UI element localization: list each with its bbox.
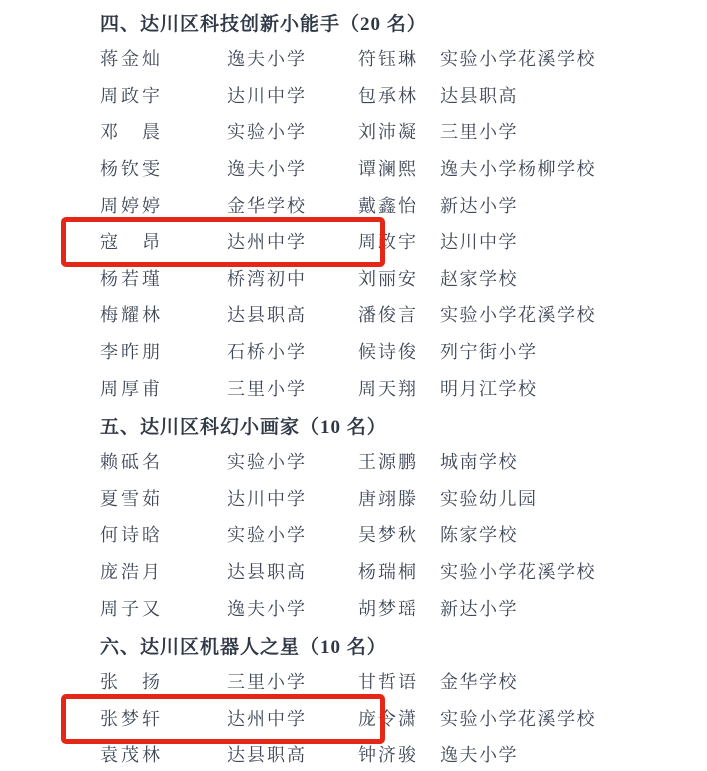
name-cell: 杨瑞桐 <box>358 563 440 581</box>
school-cell: 三里小学 <box>227 380 358 398</box>
school-cell: 实验幼儿园 <box>440 490 707 508</box>
name-cell: 赖砥名 <box>100 453 227 471</box>
name-cell: 李昨朋 <box>100 343 227 361</box>
table-row: 周厚甫三里小学周天翔明月江学校 <box>0 370 707 407</box>
name-cell: 周厚甫 <box>100 380 227 398</box>
school-cell: 达县职高 <box>227 306 358 324</box>
name-cell: 符钰琳 <box>358 50 440 68</box>
school-cell: 达州中学 <box>227 233 358 251</box>
name-cell: 王源鹏 <box>358 453 440 471</box>
school-cell: 桥湾初中 <box>227 270 358 288</box>
name-cell: 庞令潇 <box>358 710 440 728</box>
table-row: 杨若瑾桥湾初中刘丽安赵家学校 <box>0 261 707 298</box>
table-row: 庞浩月达县职高杨瑞桐实验小学花溪学校 <box>0 554 707 591</box>
school-cell: 达州中学 <box>227 710 358 728</box>
school-cell: 逸夫小学 <box>440 746 707 764</box>
school-cell: 实验小学 <box>227 123 358 141</box>
document-page: 四、达川区科技创新小能手（20 名）蒋金灿逸夫小学符钰琳实验小学花溪学校周政宇达… <box>0 0 707 771</box>
school-cell: 金华学校 <box>227 197 358 215</box>
school-cell: 石桥小学 <box>227 343 358 361</box>
table-row: 袁茂林达县职高钟济骏逸夫小学 <box>0 737 707 771</box>
name-cell: 夏雪茹 <box>100 490 227 508</box>
school-cell: 逸夫小学 <box>227 600 358 618</box>
school-cell: 达川中学 <box>227 490 358 508</box>
name-cell: 周政宇 <box>358 233 440 251</box>
school-cell: 逸夫小学杨柳学校 <box>440 160 707 178</box>
school-cell: 达县职高 <box>440 87 707 105</box>
name-cell: 寇 昂 <box>100 233 227 251</box>
name-cell: 袁茂林 <box>100 746 227 764</box>
name-cell: 胡梦瑶 <box>358 600 440 618</box>
name-cell: 张梦轩 <box>100 710 227 728</box>
name-cell: 包承林 <box>358 87 440 105</box>
name-cell: 潘俊言 <box>358 306 440 324</box>
school-cell: 实验小学花溪学校 <box>440 50 707 68</box>
school-cell: 达县职高 <box>227 746 358 764</box>
name-cell: 甘哲语 <box>358 673 440 691</box>
name-cell: 谭澜熙 <box>358 160 440 178</box>
table-row: 周政宇达川中学包承林达县职高 <box>0 78 707 115</box>
school-cell: 陈家学校 <box>440 526 707 544</box>
name-cell: 候诗俊 <box>358 343 440 361</box>
name-cell: 周婷婷 <box>100 197 227 215</box>
name-cell: 梅耀林 <box>100 306 227 324</box>
school-cell: 实验小学 <box>227 526 358 544</box>
name-cell: 张 扬 <box>100 673 227 691</box>
school-cell: 列宁街小学 <box>440 343 707 361</box>
table-row: 何诗晗实验小学吴梦秋陈家学校 <box>0 517 707 554</box>
section-title: 四、达川区科技创新小能手（20 名） <box>0 4 707 41</box>
name-cell: 刘沛凝 <box>358 123 440 141</box>
name-cell: 庞浩月 <box>100 563 227 581</box>
name-cell: 邓 晨 <box>100 123 227 141</box>
school-cell: 三里小学 <box>440 123 707 141</box>
name-cell: 周天翔 <box>358 380 440 398</box>
name-cell: 周子又 <box>100 600 227 618</box>
school-cell: 达川中学 <box>227 87 358 105</box>
table-row: 蒋金灿逸夫小学符钰琳实验小学花溪学校 <box>0 41 707 78</box>
table-row: 张梦轩达州中学庞令潇实验小学花溪学校 <box>0 701 707 738</box>
school-cell: 新达小学 <box>440 600 707 618</box>
table-row: 李昨朋石桥小学候诗俊列宁街小学 <box>0 334 707 371</box>
school-cell: 达县职高 <box>227 563 358 581</box>
school-cell: 城南学校 <box>440 453 707 471</box>
table-row: 寇 昂达州中学周政宇达川中学 <box>0 224 707 261</box>
name-cell: 杨若瑾 <box>100 270 227 288</box>
name-cell: 戴鑫怡 <box>358 197 440 215</box>
table-row: 杨钦雯逸夫小学谭澜熙逸夫小学杨柳学校 <box>0 151 707 188</box>
school-cell: 实验小学 <box>227 453 358 471</box>
table-row: 梅耀林达县职高潘俊言实验小学花溪学校 <box>0 297 707 334</box>
name-cell: 蒋金灿 <box>100 50 227 68</box>
school-cell: 逸夫小学 <box>227 160 358 178</box>
school-cell: 实验小学花溪学校 <box>440 710 707 728</box>
school-cell: 三里小学 <box>227 673 358 691</box>
name-cell: 何诗晗 <box>100 526 227 544</box>
document-body: 四、达川区科技创新小能手（20 名）蒋金灿逸夫小学符钰琳实验小学花溪学校周政宇达… <box>0 4 707 771</box>
name-cell: 刘丽安 <box>358 270 440 288</box>
table-row: 夏雪茹达川中学唐翊滕实验幼儿园 <box>0 481 707 518</box>
school-cell: 金华学校 <box>440 673 707 691</box>
school-cell: 逸夫小学 <box>227 50 358 68</box>
table-row: 赖砥名实验小学王源鹏城南学校 <box>0 444 707 481</box>
school-cell: 明月江学校 <box>440 380 707 398</box>
name-cell: 钟济骏 <box>358 746 440 764</box>
name-cell: 吴梦秋 <box>358 526 440 544</box>
table-row: 周子又逸夫小学胡梦瑶新达小学 <box>0 590 707 627</box>
section-title: 六、达川区机器人之星（10 名） <box>0 627 707 664</box>
school-cell: 新达小学 <box>440 197 707 215</box>
table-row: 邓 晨实验小学刘沛凝三里小学 <box>0 114 707 151</box>
school-cell: 实验小学花溪学校 <box>440 306 707 324</box>
name-cell: 杨钦雯 <box>100 160 227 178</box>
table-row: 张 扬三里小学甘哲语金华学校 <box>0 664 707 701</box>
section-title: 五、达川区科幻小画家（10 名） <box>0 407 707 444</box>
school-cell: 赵家学校 <box>440 270 707 288</box>
name-cell: 周政宇 <box>100 87 227 105</box>
table-row: 周婷婷金华学校戴鑫怡新达小学 <box>0 187 707 224</box>
name-cell: 唐翊滕 <box>358 490 440 508</box>
school-cell: 达川中学 <box>440 233 707 251</box>
school-cell: 实验小学花溪学校 <box>440 563 707 581</box>
